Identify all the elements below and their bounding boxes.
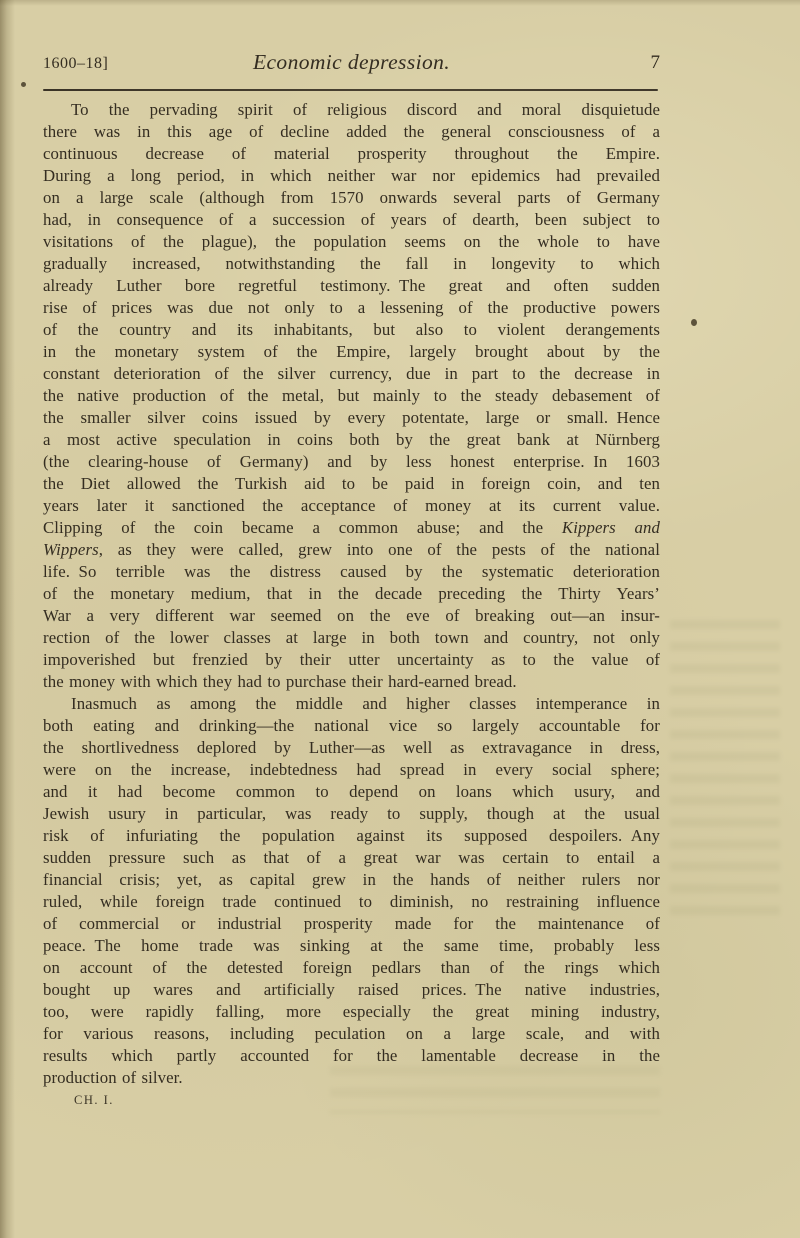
text-line: financial crisis; yet, as capital grew i… xyxy=(43,869,660,891)
text-line: too, were rapidly falling, more especial… xyxy=(43,1001,660,1023)
text-line: the smaller silver coins issued by every… xyxy=(43,407,660,429)
text-line: Clipping of the coin became a common abu… xyxy=(43,517,660,539)
text-line: had, in consequence of a succession of y… xyxy=(43,209,660,231)
text-line: for various reasons, including peculatio… xyxy=(43,1023,660,1045)
text-line: and it had become common to depend on lo… xyxy=(43,781,660,803)
text-line: both eating and drinking—the national vi… xyxy=(43,715,660,737)
text-line: years later it sanctioned the acceptance… xyxy=(43,495,660,517)
text-line: of the monetary medium, that in the deca… xyxy=(43,583,660,605)
chapter-signature: CH. I. xyxy=(74,1093,114,1107)
text-line: (the clearing-house of Germany) and by l… xyxy=(43,451,660,473)
text-line: Wippers, as they were called, grew into … xyxy=(43,539,660,561)
text-line: visitations of the plague), the populati… xyxy=(43,231,660,253)
text-line: in the monetary system of the Empire, la… xyxy=(43,341,660,363)
text-line: Jewish usury in particular, was ready to… xyxy=(43,803,660,825)
text-line: of commercial or industrial prosperity m… xyxy=(43,913,660,935)
text-line: rise of prices was due not only to a les… xyxy=(43,297,660,319)
text-line: a most active speculation in coins both … xyxy=(43,429,660,451)
text-line: risk of infuriating the population again… xyxy=(43,825,660,847)
text-line: on account of the detested foreign pedla… xyxy=(43,957,660,979)
text-line: Inasmuch as among the middle and higher … xyxy=(43,693,660,715)
text-line: on a large scale (although from 1570 onw… xyxy=(43,187,660,209)
body-text: To the pervading spirit of religious dis… xyxy=(43,99,660,1089)
text-line: continuous decrease of material prosperi… xyxy=(43,143,660,165)
text-line: impoverished but frenzied by their utter… xyxy=(43,649,660,671)
text-line: constant deterioration of the silver cur… xyxy=(43,363,660,385)
book-page: 1600–18] Economic depression. 7 To the p… xyxy=(0,0,800,1238)
page-top-shadow xyxy=(0,0,800,6)
text-line: the money with which they had to purchas… xyxy=(43,671,660,693)
text-line: the shortlivedness deplored by Luther—as… xyxy=(43,737,660,759)
verso-showthrough xyxy=(670,620,780,920)
text-line: sudden pressure such as that of a great … xyxy=(43,847,660,869)
text-line: of the country and its inhabitants, but … xyxy=(43,319,660,341)
text-line: the native production of the metal, but … xyxy=(43,385,660,407)
page-number: 7 xyxy=(43,52,660,74)
text-line: rection of the lower classes at large in… xyxy=(43,627,660,649)
text-line: there was in this age of decline added t… xyxy=(43,121,660,143)
text-line: life. So terrible was the distress cause… xyxy=(43,561,660,583)
text-line: ruled, while foreign trade continued to … xyxy=(43,891,660,913)
text-line: results which partly accounted for the l… xyxy=(43,1045,660,1067)
text-line: already Luther bore regretful testimony.… xyxy=(43,275,660,297)
text-line: War a very different war seemed on the e… xyxy=(43,605,660,627)
text-line: were on the increase, indebtedness had s… xyxy=(43,759,660,781)
text-line: production of silver. xyxy=(43,1067,660,1089)
text-line: bought up wares and artificially raised … xyxy=(43,979,660,1001)
text-line: gradually increased, notwithstanding the… xyxy=(43,253,660,275)
paragraph: To the pervading spirit of religious dis… xyxy=(43,99,660,693)
text-line: During a long period, in which neither w… xyxy=(43,165,660,187)
ink-speck xyxy=(21,82,26,87)
ink-speck xyxy=(691,319,697,326)
header-rule xyxy=(43,89,658,91)
page-edge-shadow xyxy=(0,0,15,1238)
text-line: peace. The home trade was sinking at the… xyxy=(43,935,660,957)
paragraph: Inasmuch as among the middle and higher … xyxy=(43,693,660,1089)
text-line: the Diet allowed the Turkish aid to be p… xyxy=(43,473,660,495)
text-line: To the pervading spirit of religious dis… xyxy=(43,99,660,121)
